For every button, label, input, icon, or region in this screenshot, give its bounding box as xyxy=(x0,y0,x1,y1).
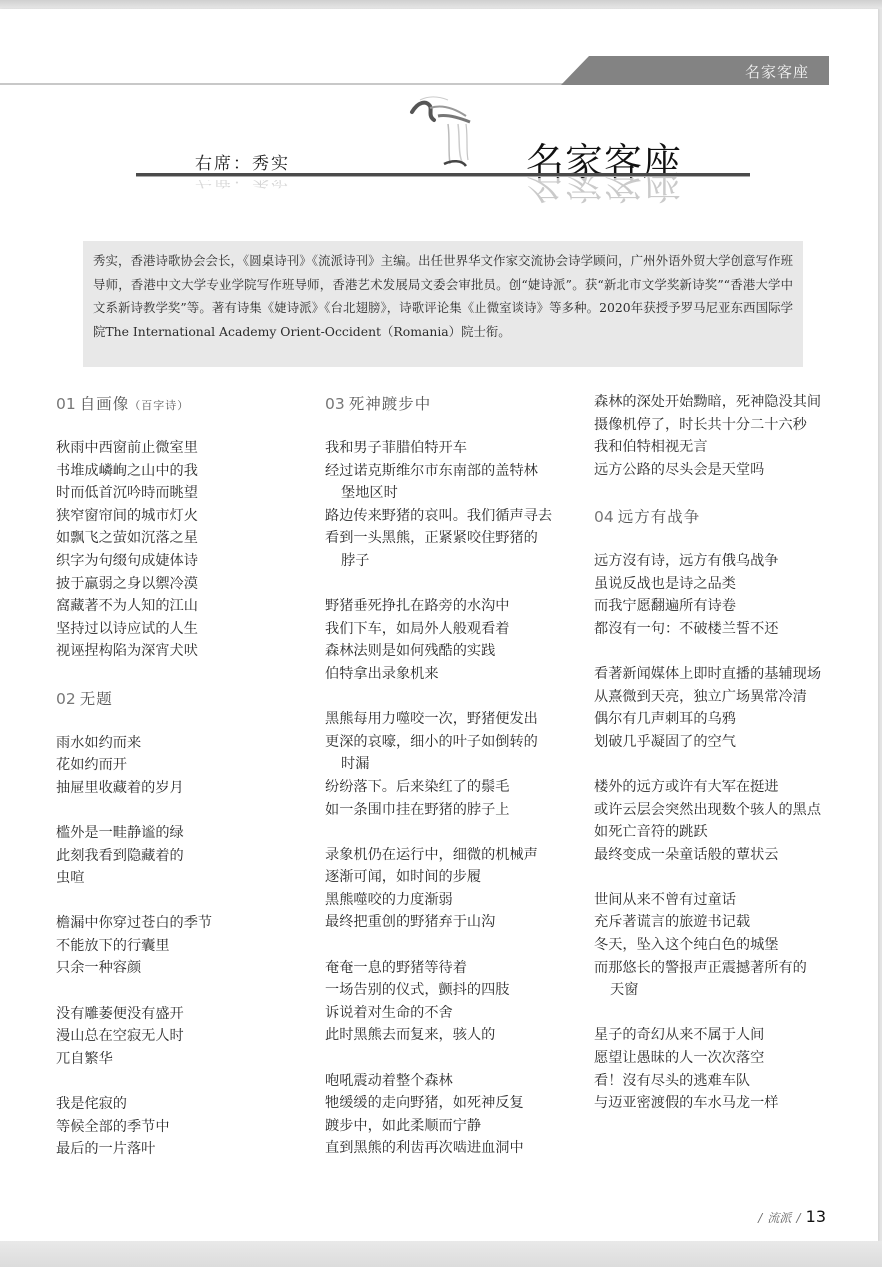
poem-line: 摄像机停了，时长共十分二十六秒 xyxy=(594,414,844,437)
stanza: 没有雕萎便没有盛开漫山总在空寂无人时兀自繁华 xyxy=(56,1003,306,1071)
poem-line: 天窗 xyxy=(594,979,844,1002)
poem-line: 与迈亚密渡假的车水马龙一样 xyxy=(594,1092,844,1115)
column-1: 01自画像（百字诗）秋雨中西窗前止微室里书堆成嶙峋之山中的我时而低首沉吟時而眺望… xyxy=(56,391,306,1183)
poem-line: 我们下车，如局外人般观看着 xyxy=(325,618,585,641)
poem-line: 坚持过以诗应试的人生 xyxy=(56,618,306,641)
poem-line: 雨水如约而来 xyxy=(56,732,306,755)
stanza: 楼外的远方或许有大军在挺进或许云层会突然出现数个骇人的黑点如死亡音符的跳跃最终变… xyxy=(594,776,844,866)
magazine-page: 名家客座 右席：秀实 右席：秀实 名家客座 名家客座 秀实，香港诗歌协会会长，《… xyxy=(0,9,878,1241)
folio-slash: / xyxy=(758,1211,762,1225)
poem-line: 都沒有一句：不破楼兰誓不还 xyxy=(594,618,844,641)
poem-line: 看著新闻媒体上即时直播的基辅现场 xyxy=(594,663,844,686)
poem-line: 槛外是一畦静谧的绿 xyxy=(56,822,306,845)
poem-line: 虫喧 xyxy=(56,867,306,890)
poem-title-text: 死神踱步中 xyxy=(349,395,432,413)
poem-line: 不能放下的行囊里 xyxy=(56,935,306,958)
poem-line: 织字为句缀句成婕体诗 xyxy=(56,550,306,573)
viewer-top-edge xyxy=(0,0,882,9)
poem-line: 世间从来不曾有过童话 xyxy=(594,889,844,912)
poem-line: 等候全部的季节中 xyxy=(56,1116,306,1139)
poem-line: 如飘飞之萤如沉落之星 xyxy=(56,527,306,550)
poem-line: 时漏 xyxy=(325,753,585,776)
poem-line: 咆吼震动着整个森林 xyxy=(325,1070,585,1093)
poem-line: 只余一种容颜 xyxy=(56,957,306,980)
poem-line: 逐渐可闻，如时间的步履 xyxy=(325,866,585,889)
poem: 03死神踱步中我和男子菲腊伯特开车经过诺克斯维尔市东南部的盖特林堡地区时路边传来… xyxy=(325,391,585,1160)
poem-subtitle: （百字诗） xyxy=(129,399,189,412)
poem-line: 更深的哀嚎，细小的叶子如倒转的 xyxy=(325,731,585,754)
stanza: 槛外是一畦静谧的绿此刻我看到隐藏着的虫喧 xyxy=(56,822,306,890)
poem: 01自画像（百字诗）秋雨中西窗前止微室里书堆成嶙峋之山中的我时而低首沉吟時而眺望… xyxy=(56,391,306,663)
poem-line: 看！沒有尽头的逃难车队 xyxy=(594,1070,844,1093)
stanza: 录象机仍在运行中，细微的机械声逐渐可闻，如时间的步履黑熊噬咬的力度渐弱最终把重创… xyxy=(325,844,585,934)
stanza: 我和男子菲腊伯特开车经过诺克斯维尔市东南部的盖特林堡地区时路边传来野猪的哀叫。我… xyxy=(325,437,585,573)
poem-line: 如死亡音符的跳跃 xyxy=(594,821,844,844)
poem-title: 04远方有战争 xyxy=(594,504,844,530)
poem-line: 秋雨中西窗前止微室里 xyxy=(56,437,306,460)
column-2: 03死神踱步中我和男子菲腊伯特开车经过诺克斯维尔市东南部的盖特林堡地区时路边传来… xyxy=(325,391,585,1183)
viewer-bottom-edge xyxy=(0,1241,882,1267)
poem-line: 最终变成一朵童话般的蕈状云 xyxy=(594,844,844,867)
section-title-reflection: 名家客座 xyxy=(526,172,682,206)
poem-line: 最后的一片落叶 xyxy=(56,1138,306,1161)
poem-line: 堡地区时 xyxy=(325,482,585,505)
poem: 02无题雨水如约而来花如约而开抽屉里收藏着的岁月槛外是一畦静谧的绿此刻我看到隐藏… xyxy=(56,686,306,1161)
poem-line: 冬天，坠入这个纯白色的城堡 xyxy=(594,934,844,957)
poem-line: 时而低首沉吟時而眺望 xyxy=(56,482,306,505)
poem-line: 划破几乎凝固了的空气 xyxy=(594,731,844,754)
poem-title: 03死神踱步中 xyxy=(325,391,585,417)
poem-line: 或许云层会突然出现数个骇人的黑点 xyxy=(594,799,844,822)
poem-line: 我和男子菲腊伯特开车 xyxy=(325,437,585,460)
title-rule-shadow xyxy=(136,176,750,177)
poem-title-text: 远方有战争 xyxy=(618,508,701,526)
poem-line: 录象机仍在运行中，细微的机械声 xyxy=(325,844,585,867)
poem-line: 书堆成嶙峋之山中的我 xyxy=(56,460,306,483)
poem-number: 01 xyxy=(56,395,76,413)
poem-line: 路边传来野猪的哀叫。我们循声寻去 xyxy=(325,505,585,528)
poem-line: 远方公路的尽头会是天堂吗 xyxy=(594,459,844,482)
poem-title-text: 无题 xyxy=(80,690,113,708)
author-credit-reflection: 右席：秀实 xyxy=(195,180,290,194)
stanza: 秋雨中西窗前止微室里书堆成嶙峋之山中的我时而低首沉吟時而眺望狭窄窗帘间的城市灯火… xyxy=(56,437,306,663)
poem-line: 狭窄窗帘间的城市灯火 xyxy=(56,505,306,528)
folio-slash: / xyxy=(797,1211,801,1225)
poem-line: 从熹微到天亮，独立广场異常冷清 xyxy=(594,686,844,709)
poem-line: 楼外的远方或许有大军在挺进 xyxy=(594,776,844,799)
poem-line: 踱步中，如此柔顺而宁静 xyxy=(325,1115,585,1138)
poem-line: 愿望让愚昧的人一次次落空 xyxy=(594,1047,844,1070)
poem-line: 黑熊每用力噬咬一次，野猪便发出 xyxy=(325,708,585,731)
stanza: 我是侘寂的等候全部的季节中最后的一片落叶 xyxy=(56,1093,306,1161)
poem-line: 星子的奇幻从来不属于人间 xyxy=(594,1024,844,1047)
section-tab-label: 名家客座 xyxy=(745,61,809,82)
poem-line: 兀自繁华 xyxy=(56,1048,306,1071)
poem-line: 漫山总在空寂无人时 xyxy=(56,1025,306,1048)
poem-number: 03 xyxy=(325,395,345,413)
page-folio: / 流派 / 13 xyxy=(758,1207,826,1226)
stanza: 黑熊每用力噬咬一次，野猪便发出更深的哀嚎，细小的叶子如倒转的时漏纷纷落下。后来染… xyxy=(325,708,585,821)
poem-line: 偶尔有几声刺耳的乌鸦 xyxy=(594,708,844,731)
poem-line: 而我宁愿翻遍所有诗卷 xyxy=(594,595,844,618)
poem-continued: 森林的深处开始黝暗，死神隐没其间摄像机停了，时长共十分二十六秒我和伯特相视无言远… xyxy=(594,391,844,481)
poem-title-text: 自画像 xyxy=(80,395,130,413)
stanza: 看著新闻媒体上即时直播的基辅现场从熹微到天亮，独立广场異常冷清偶尔有几声刺耳的乌… xyxy=(594,663,844,753)
author-credit: 右席：秀实 xyxy=(195,149,290,174)
poem-line: 远方沒有诗，远方有俄乌战争 xyxy=(594,550,844,573)
poem-line: 窩藏著不为人知的江山 xyxy=(56,595,306,618)
poem-line: 一场告别的仪式，颤抖的四肢 xyxy=(325,979,585,1002)
poem-line: 视诬捏构陷为深宵犬吠 xyxy=(56,640,306,663)
author-bio: 秀实，香港诗歌协会会长，《圆桌诗刊》《流派诗刊》主编。出任世界华文作家交流协会诗… xyxy=(83,241,803,367)
header-rule xyxy=(0,83,580,85)
page-number: 13 xyxy=(806,1207,826,1226)
poem-line: 伯特拿出录象机来 xyxy=(325,663,585,686)
stanza: 野猪垂死挣扎在路旁的水沟中我们下车，如局外人般观看着森林法则是如何残酷的实践伯特… xyxy=(325,595,585,685)
poem-line: 檐漏中你穿过苍白的季节 xyxy=(56,912,306,935)
poem-line: 没有雕萎便没有盛开 xyxy=(56,1003,306,1026)
stanza: 星子的奇幻从来不属于人间愿望让愚昧的人一次次落空看！沒有尽头的逃难车队与迈亚密渡… xyxy=(594,1024,844,1114)
stanza: 远方沒有诗，远方有俄乌战争虽说反战也是诗之品类而我宁愿翻遍所有诗卷都沒有一句：不… xyxy=(594,550,844,640)
stanza: 森林的深处开始黝暗，死神隐没其间摄像机停了，时长共十分二十六秒我和伯特相视无言远… xyxy=(594,391,844,481)
poem-line: 此时黑熊去而复来，骇人的 xyxy=(325,1024,585,1047)
poem-number: 02 xyxy=(56,690,76,708)
poem-line: 如一条围巾挂在野猪的脖子上 xyxy=(325,799,585,822)
poem-line: 看到一头黑熊，正紧紧咬住野猪的 xyxy=(325,527,585,550)
poem-number: 04 xyxy=(594,508,614,526)
column-3: 森林的深处开始黝暗，死神隐没其间摄像机停了，时长共十分二十六秒我和伯特相视无言远… xyxy=(594,391,844,1137)
poem-line: 充斥著谎言的旅遊书记载 xyxy=(594,911,844,934)
poem-line: 脖子 xyxy=(325,550,585,573)
stanza: 檐漏中你穿过苍白的季节不能放下的行囊里只余一种容颜 xyxy=(56,912,306,980)
poem-line: 我和伯特相视无言 xyxy=(594,436,844,459)
poem-line: 野猪垂死挣扎在路旁的水沟中 xyxy=(325,595,585,618)
stanza: 世间从来不曾有过童话充斥著谎言的旅遊书记载冬天，坠入这个纯白色的城堡而那悠长的警… xyxy=(594,889,844,1002)
poem: 04远方有战争远方沒有诗，远方有俄乌战争虽说反战也是诗之品类而我宁愿翻遍所有诗卷… xyxy=(594,504,844,1115)
stanza: 咆吼震动着整个森林牠缓缓的走向野猪，如死神反复踱步中，如此柔顺而宁静直到黑熊的利… xyxy=(325,1070,585,1160)
poem-line: 黑熊噬咬的力度渐弱 xyxy=(325,889,585,912)
poem-title: 02无题 xyxy=(56,686,306,712)
poem-line: 森林法则是如何残酷的实践 xyxy=(325,640,585,663)
ink-brush-figure-icon xyxy=(408,94,480,170)
poem-line: 牠缓缓的走向野猪，如死神反复 xyxy=(325,1092,585,1115)
poem-line: 虽说反战也是诗之品类 xyxy=(594,573,844,596)
poem-title: 01自画像（百字诗） xyxy=(56,391,306,417)
poem-line: 花如约而开 xyxy=(56,754,306,777)
magazine-name: 流派 xyxy=(767,1211,791,1225)
stanza: 雨水如约而来花如约而开抽屉里收藏着的岁月 xyxy=(56,732,306,800)
stanza: 奄奄一息的野猪等待着一场告别的仪式，颤抖的四肢诉说着对生命的不舍此时黑熊去而复来… xyxy=(325,957,585,1047)
poem-line: 奄奄一息的野猪等待着 xyxy=(325,957,585,980)
poem-line: 此刻我看到隐藏着的 xyxy=(56,845,306,868)
poem-line: 我是侘寂的 xyxy=(56,1093,306,1116)
poem-line: 最终把重创的野猪弃于山沟 xyxy=(325,911,585,934)
poem-line: 直到黑熊的利齿再次啮进血洞中 xyxy=(325,1137,585,1160)
section-tab: 名家客座 xyxy=(561,56,829,85)
poem-line: 而那悠长的警报声正震撼著所有的 xyxy=(594,957,844,980)
poem-line: 纷纷落下。后来染红了的鬃毛 xyxy=(325,776,585,799)
poem-line: 披于羸弱之身以禦冷漠 xyxy=(56,573,306,596)
poem-line: 经过诺克斯维尔市东南部的盖特林 xyxy=(325,460,585,483)
poem-line: 抽屉里收藏着的岁月 xyxy=(56,777,306,800)
poem-line: 森林的深处开始黝暗，死神隐没其间 xyxy=(594,391,844,414)
poem-line: 诉说着对生命的不舍 xyxy=(325,1002,585,1025)
